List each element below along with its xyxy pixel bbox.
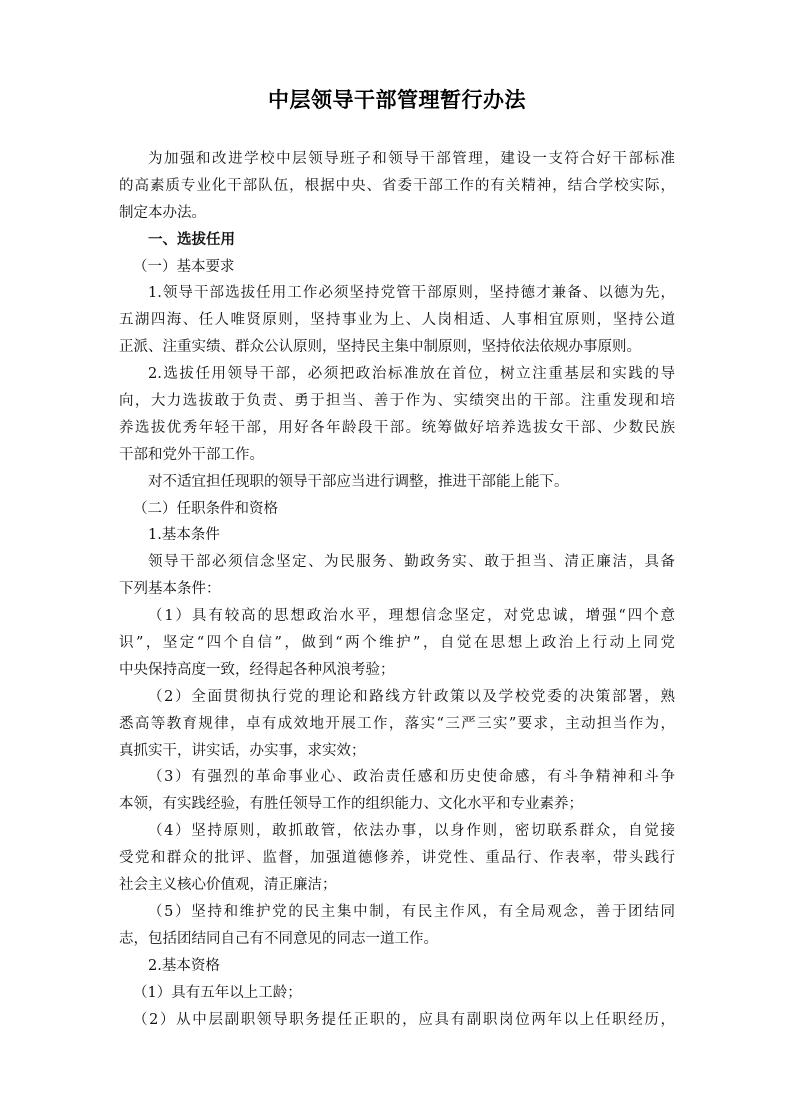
paragraph-line: 悉高等教育规律，卓有成效地开展工作，落实“三严三实”要求，主动担当作为，: [119, 711, 675, 738]
paragraph-line: 对不适宜担任现职的领导干部应当进行调整，推进干部能上能下。: [119, 469, 675, 496]
document-body: 为加强和改进学校中层领导班子和领导干部管理，建设一支符合好干部标准的高素质专业化…: [119, 146, 675, 1033]
paragraph-line: （一）基本要求: [119, 254, 675, 281]
paragraph-line: 为加强和改进学校中层领导班子和领导干部管理，建设一支符合好干部标准: [119, 146, 675, 173]
document-page: 中层领导干部管理暂行办法 为加强和改进学校中层领导班子和领导干部管理，建设一支符…: [0, 0, 794, 1108]
paragraph-line: 1.领导干部选拔任用工作必须坚持党管干部原则，坚持德才兼备、以德为先，: [119, 280, 675, 307]
section-heading: 一、选拔任用: [119, 227, 675, 254]
paragraph-line: 2.选拔任用领导干部，必须把政治标准放在首位，树立注重基层和实践的导: [119, 361, 675, 388]
paragraph-line: 领导干部必须信念坚定、为民服务、勤政务实、敢于担当、清正廉洁，具备: [119, 549, 675, 576]
paragraph-line: 下列基本条件：: [119, 576, 675, 603]
paragraph-line: 养选拔优秀年轻干部，用好各年龄段干部。统筹做好培养选拔女干部、少数民族: [119, 415, 675, 442]
paragraph-line: （4）坚持原则，敢抓敢管，依法办事，以身作则，密切联系群众，自觉接: [119, 818, 675, 845]
paragraph-line: 识”，坚定“四个自信”，做到“两个维护”，自觉在思想上政治上行动上同党: [119, 630, 675, 657]
paragraph-line: 真抓实干，讲实话，办实事，求实效；: [119, 738, 675, 765]
paragraph-line: 中央保持高度一致，经得起各种风浪考验；: [119, 657, 675, 684]
paragraph-line: 五湖四海、任人唯贤原则，坚持事业为上、人岗相适、人事相宜原则，坚持公道: [119, 307, 675, 334]
paragraph-line: 向，大力选拔敢于负责、勇于担当、善于作为、实绩突出的干部。注重发现和培: [119, 388, 675, 415]
document-title: 中层领导干部管理暂行办法: [0, 86, 794, 114]
paragraph-line: 本领，有实践经验，有胜任领导工作的组织能力、文化水平和专业素养；: [119, 791, 675, 818]
paragraph-line: （2）从中层副职领导职务提任正职的，应具有副职岗位两年以上任职经历，: [119, 1007, 675, 1034]
paragraph-line: 正派、注重实绩、群众公认原则，坚持民主集中制原则，坚持依法依规办事原则。: [119, 334, 675, 361]
paragraph-line: 社会主义核心价值观，清正廉洁；: [119, 872, 675, 899]
paragraph-line: 受党和群众的批评、监督，加强道德修养，讲党性、重品行、作表率，带头践行: [119, 845, 675, 872]
paragraph-line: 干部和党外干部工作。: [119, 442, 675, 469]
paragraph-line: （5）坚持和维护党的民主集中制，有民主作风，有全局观念，善于团结同: [119, 899, 675, 926]
paragraph-line: 志，包括团结同自己有不同意见的同志一道工作。: [119, 926, 675, 953]
paragraph-line: 制定本办法。: [119, 200, 675, 227]
paragraph-line: （1）具有较高的思想政治水平，理想信念坚定，对党忠诚，增强“四个意: [119, 603, 675, 630]
paragraph-line: （3）有强烈的革命事业心、政治责任感和历史使命感，有斗争精神和斗争: [119, 764, 675, 791]
paragraph-line: 的高素质专业化干部队伍，根据中央、省委干部工作的有关精神，结合学校实际，: [119, 173, 675, 200]
paragraph-line: （二）任职条件和资格: [119, 496, 675, 523]
paragraph-line: （1）具有五年以上工龄；: [119, 980, 675, 1007]
paragraph-line: 2.基本资格: [119, 953, 675, 980]
paragraph-line: 1.基本条件: [119, 522, 675, 549]
paragraph-line: （2）全面贯彻执行党的理论和路线方针政策以及学校党委的决策部署，熟: [119, 684, 675, 711]
